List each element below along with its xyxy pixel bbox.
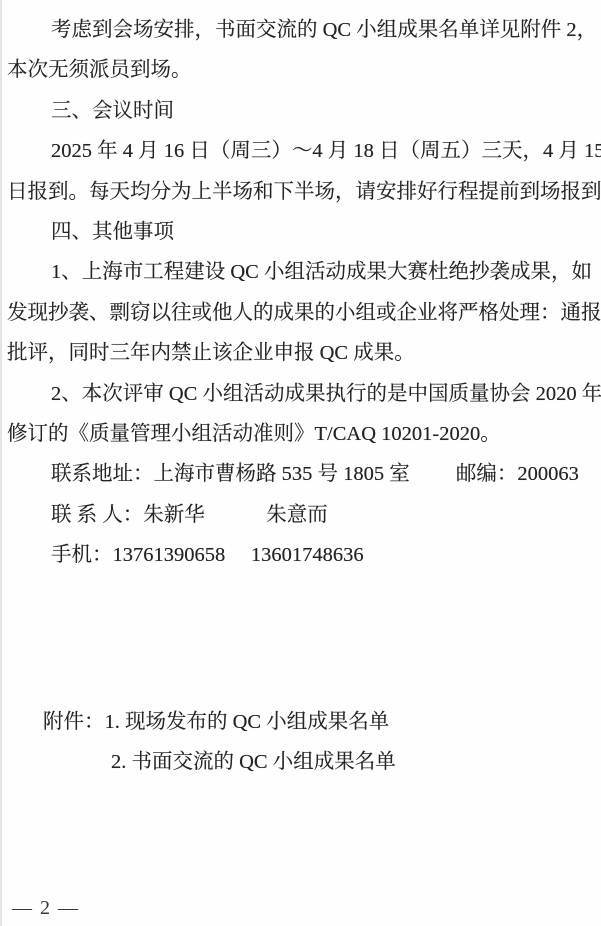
contact-person-line: 联 系 人：朱新华 朱意而 — [7, 495, 599, 535]
para-item1-line1: 1、上海市工程建设 QC 小组活动成果大赛杜绝抄袭成果，如 — [7, 252, 599, 292]
scan-edge-artifact — [0, 0, 2, 926]
attachment-list-line1: 附件：1. 现场发布的 QC 小组成果名单 — [7, 702, 396, 742]
para-item2-line1: 2、本次评审 QC 小组活动成果执行的是中国质量协会 2020 年 — [7, 374, 599, 414]
contact-phone-line: 手机：13761390658 13601748636 — [7, 535, 599, 575]
para-item2-line2: 修订的《质量管理小组活动准则》T/CAQ 10201-2020。 — [7, 414, 599, 454]
document-body: 考虑到会场安排，书面交流的 QC 小组成果名单详见附件 2， 本次无须派员到场。… — [7, 10, 599, 575]
para-written-exchange-line1: 考虑到会场安排，书面交流的 QC 小组成果名单详见附件 2， — [7, 10, 599, 50]
contact-address-line: 联系地址：上海市曹杨路 535 号 1805 室 邮编：200063 — [7, 454, 599, 494]
page-number: — 2 — — [12, 897, 80, 920]
para-written-exchange-line2: 本次无须派员到场。 — [7, 50, 599, 90]
heading-section-3-meeting-time: 三、会议时间 — [7, 91, 599, 131]
heading-section-4-other-matters: 四、其他事项 — [7, 212, 599, 252]
attachment-list-line2: 2. 书面交流的 QC 小组成果名单 — [7, 742, 396, 782]
para-item1-line3: 批评，同时三年内禁止该企业申报 QC 成果。 — [7, 333, 599, 373]
para-meeting-time-line2: 日报到。每天均分为上半场和下半场，请安排好行程提前到场报到。 — [7, 172, 599, 212]
attachments-block: 附件：1. 现场发布的 QC 小组成果名单 2. 书面交流的 QC 小组成果名单 — [7, 702, 396, 783]
para-meeting-time-line1: 2025 年 4 月 16 日（周三）～4 月 18 日（周五）三天，4 月 1… — [7, 131, 599, 171]
para-item1-line2: 发现抄袭、剽窃以往或他人的成果的小组或企业将严格处理：通报 — [7, 293, 599, 333]
document-page: 考虑到会场安排，书面交流的 QC 小组成果名单详见附件 2， 本次无须派员到场。… — [0, 0, 601, 926]
